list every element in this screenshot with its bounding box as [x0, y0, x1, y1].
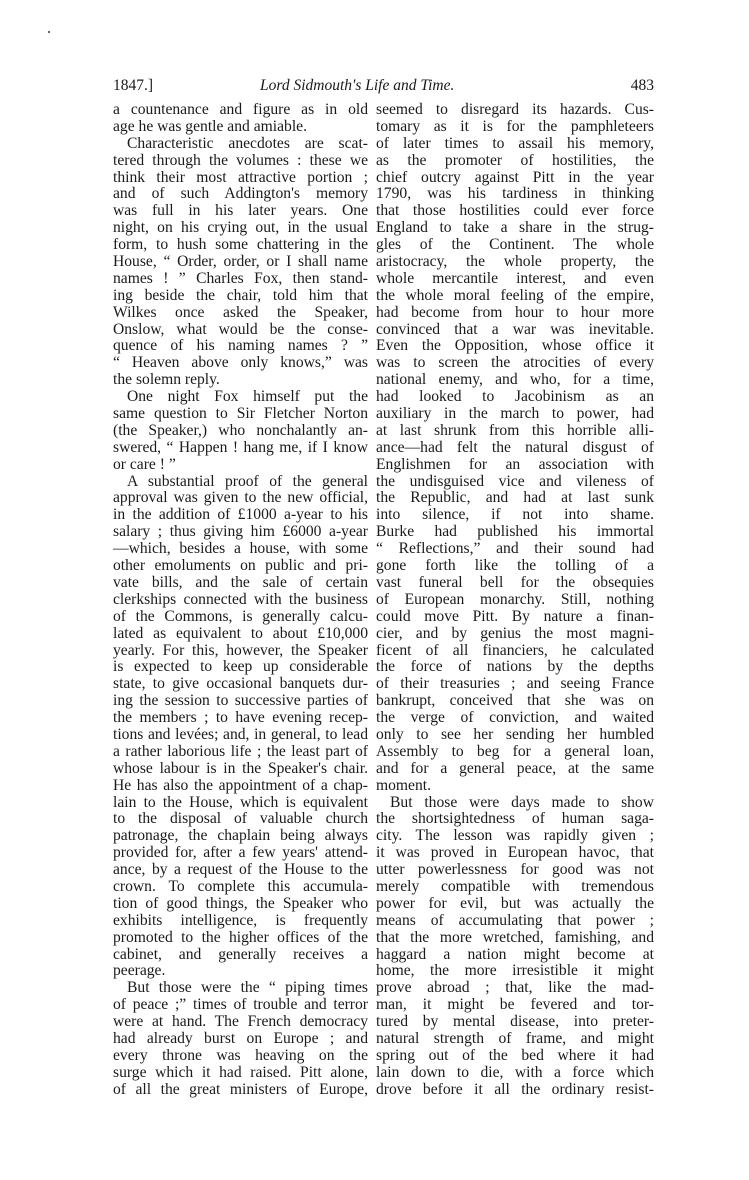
text-line: to the disposal of valuable church	[113, 811, 368, 828]
text-line: drove before it all the ordinary resist-	[376, 1082, 654, 1099]
text-line: power for evil, but was actually the	[376, 896, 654, 913]
text-line: or care ! ”	[113, 457, 368, 474]
text-line: promoted to the higher offices of the	[113, 930, 368, 947]
text-line: surge which it had raised. Pitt alone,	[113, 1065, 368, 1082]
text-line: a countenance and figure as in old	[113, 102, 368, 119]
text-line: Characteristic anecdotes are scat-	[113, 136, 368, 153]
text-line: tered through the volumes : these we	[113, 153, 368, 170]
text-line: ing beside the chair, told him that	[113, 288, 368, 305]
text-line: seemed to disregard its hazards. Cus-	[376, 102, 654, 119]
text-line: could move Pitt. By nature a finan-	[376, 609, 654, 626]
text-line: into silence, if not into shame.	[376, 507, 654, 524]
text-line: the Republic, and had at last sunk	[376, 490, 654, 507]
text-line: of peace ;” times of trouble and terror	[113, 997, 368, 1014]
text-line: tured by mental disease, into preter-	[376, 1014, 654, 1031]
text-line: quence of his naming names ? ”	[113, 338, 368, 355]
text-line: that those hostilities could ever force	[376, 203, 654, 220]
text-column-right: seemed to disregard its hazards. Cus-tom…	[376, 102, 654, 1099]
text-line: chief outcry against Pitt in the year	[376, 170, 654, 187]
text-line: gles of the Continent. The whole	[376, 237, 654, 254]
text-line: Onslow, what would be the conse-	[113, 322, 368, 339]
text-line: One night Fox himself put the	[113, 389, 368, 406]
scan-speck	[48, 31, 50, 33]
header-year: 1847.]	[113, 76, 153, 96]
text-line: salary ; thus giving him £6000 a-year	[113, 524, 368, 541]
text-line: was to screen the atrocities of every	[376, 355, 654, 372]
text-line: haggard a nation might become at	[376, 947, 654, 964]
text-line: national enemy, and who, for a time,	[376, 372, 654, 389]
text-line: provided for, after a few years' attend-	[113, 845, 368, 862]
text-line: of their treasuries ; and seeing France	[376, 676, 654, 693]
text-line: it was proved in European havoc, that	[376, 845, 654, 862]
text-line: age he was gentle and amiable.	[113, 119, 368, 136]
text-line: tions and levées; and, in general, to le…	[113, 727, 368, 744]
text-line: form, to hush some chattering in the	[113, 237, 368, 254]
text-line: Burke had published his immortal	[376, 524, 654, 541]
text-line: tomary as it is for the pamphleteers	[376, 119, 654, 136]
text-line: “ Reflections,” and their sound had	[376, 541, 654, 558]
text-line: lain to the House, which is equivalent	[113, 795, 368, 812]
text-line: Wilkes once asked the Speaker,	[113, 305, 368, 322]
text-line: A substantial proof of the general	[113, 474, 368, 491]
text-line: bankrupt, conceived that she was on	[376, 693, 654, 710]
text-line: had looked to Jacobinism as an	[376, 389, 654, 406]
header-title: Lord Sidmouth's Life and Time.	[260, 76, 454, 96]
text-line: ance, by a request of the House to the	[113, 862, 368, 879]
text-line: the whole moral feeling of the empire,	[376, 288, 654, 305]
text-line: the verge of conviction, and waited	[376, 710, 654, 727]
text-line: lain down to die, with a force which	[376, 1065, 654, 1082]
text-line: think their most attractive portion ;	[113, 170, 368, 187]
text-line: clerkships connected with the business	[113, 592, 368, 609]
text-line: He has also the appointment of a chap-	[113, 778, 368, 795]
text-line: aristocracy, the whole property, the	[376, 254, 654, 271]
text-line: a rather laborious life ; the least part…	[113, 744, 368, 761]
text-line: was full in his later years. One	[113, 203, 368, 220]
running-head: 1847.] Lord Sidmouth's Life and Time. 48…	[113, 76, 654, 96]
text-line: names ! ” Charles Fox, then stand-	[113, 271, 368, 288]
text-line: means of accumulating that power ;	[376, 913, 654, 930]
text-line: crown. To complete this accumula-	[113, 879, 368, 896]
text-line: had already burst on Europe ; and	[113, 1031, 368, 1048]
text-line: ficent of all financiers, he calculated	[376, 643, 654, 660]
text-line: lated as equivalent to about £10,000	[113, 626, 368, 643]
text-line: as the promoter of hostilities, the	[376, 153, 654, 170]
text-line: whole mercantile interest, and even	[376, 271, 654, 288]
text-line: “ Heaven above only knows,” was	[113, 355, 368, 372]
text-line: only to see her sending her humbled	[376, 727, 654, 744]
text-line: of later times to assail his memory,	[376, 136, 654, 153]
text-line: patronage, the chaplain being always	[113, 828, 368, 845]
text-line: is expected to keep up considerable	[113, 659, 368, 676]
text-line: other emoluments on public and pri-	[113, 558, 368, 575]
text-line: Even the Opposition, whose office it	[376, 338, 654, 355]
text-line: city. The lesson was rapidly given ;	[376, 828, 654, 845]
text-line: yearly. For this, however, the Speaker	[113, 643, 368, 660]
text-line: natural strength of frame, and might	[376, 1031, 654, 1048]
text-line: that the more wretched, famishing, and	[376, 930, 654, 947]
text-line: convinced that a war was inevitable.	[376, 322, 654, 339]
text-line: But those were days made to show	[376, 795, 654, 812]
text-line: But those were the “ piping times	[113, 980, 368, 997]
text-line: same question to Sir Fletcher Norton	[113, 406, 368, 423]
text-line: the shortsightedness of human saga-	[376, 811, 654, 828]
text-line: (the Speaker,) who nonchalantly an-	[113, 423, 368, 440]
text-line: merely compatible with tremendous	[376, 879, 654, 896]
text-line: and for a general peace, at the same	[376, 761, 654, 778]
text-line: —which, besides a house, with some	[113, 541, 368, 558]
text-line: home, the more irresistible it might	[376, 963, 654, 980]
text-line: ance—had felt the natural disgust of	[376, 440, 654, 457]
text-line: the members ; to have evening recep-	[113, 710, 368, 727]
text-line: were at hand. The French democracy	[113, 1014, 368, 1031]
text-line: auxiliary in the march to power, had	[376, 406, 654, 423]
text-line: of European monarchy. Still, nothing	[376, 592, 654, 609]
text-line: state, to give occasional banquets dur-	[113, 676, 368, 693]
text-line: cabinet, and generally receives a	[113, 947, 368, 964]
text-line: ing the session to successive parties of	[113, 693, 368, 710]
text-line: the solemn reply.	[113, 372, 368, 389]
text-line: night, on his crying out, in the usual	[113, 220, 368, 237]
text-line: Englishmen for an association with	[376, 457, 654, 474]
text-line: utter powerlessness for good was not	[376, 862, 654, 879]
text-line: prove abroad ; that, like the mad-	[376, 980, 654, 997]
text-line: gone forth like the tolling of a	[376, 558, 654, 575]
text-line: exhibits intelligence, is frequently	[113, 913, 368, 930]
page-number: 483	[631, 76, 654, 96]
text-line: tion of good things, the Speaker who	[113, 896, 368, 913]
text-line: swered, “ Happen ! hang me, if I know	[113, 440, 368, 457]
text-line: had become from hour to hour more	[376, 305, 654, 322]
text-line: approval was given to the new official,	[113, 490, 368, 507]
text-line: of the Commons, is generally calcu-	[113, 609, 368, 626]
text-line: vast funeral bell for the obsequies	[376, 575, 654, 592]
text-line: moment.	[376, 778, 654, 795]
text-column-left: a countenance and figure as in oldage he…	[113, 102, 368, 1099]
text-line: spring out of the bed where it had	[376, 1048, 654, 1065]
text-line: 1790, was his tardiness in thinking	[376, 186, 654, 203]
text-line: at last shrunk from this horrible alli-	[376, 423, 654, 440]
text-line: of all the great ministers of Europe,	[113, 1082, 368, 1099]
text-line: Assembly to beg for a general loan,	[376, 744, 654, 761]
text-line: whose labour is in the Speaker's chair.	[113, 761, 368, 778]
text-line: England to take a share in the strug-	[376, 220, 654, 237]
text-line: House, “ Order, order, or I shall name	[113, 254, 368, 271]
text-line: and of such Addington's memory	[113, 186, 368, 203]
text-line: every throne was heaving on the	[113, 1048, 368, 1065]
text-line: peerage.	[113, 963, 368, 980]
text-line: the force of nations by the depths	[376, 659, 654, 676]
text-line: cier, and by genius the most magni-	[376, 626, 654, 643]
text-line: in the addition of £1000 a-year to his	[113, 507, 368, 524]
text-line: vate bills, and the sale of certain	[113, 575, 368, 592]
text-line: man, it might be fevered and tor-	[376, 997, 654, 1014]
text-line: the undisguised vice and vileness of	[376, 474, 654, 491]
